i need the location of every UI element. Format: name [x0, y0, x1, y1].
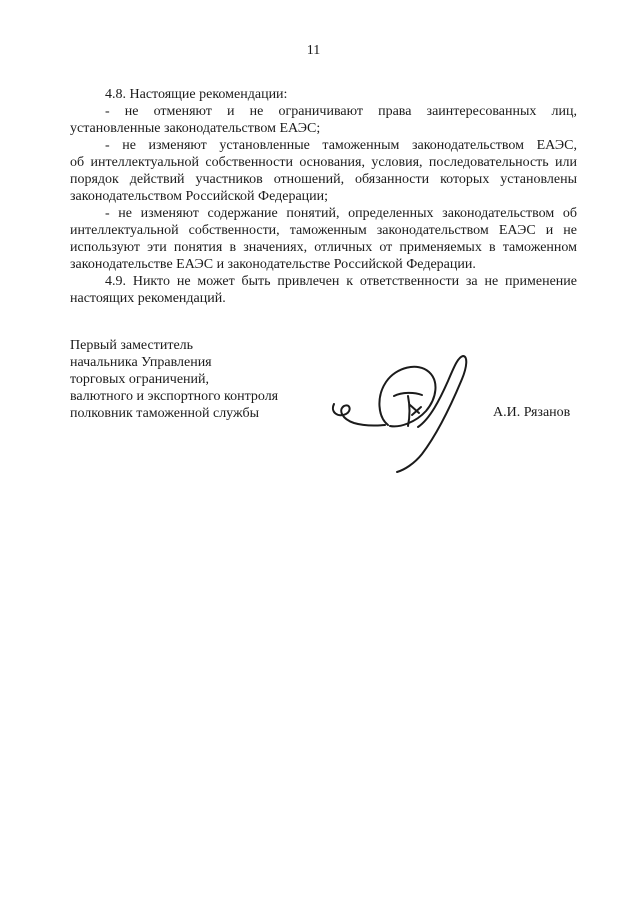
signatory-title-line: полковник таможенной службы: [70, 405, 278, 422]
text-line: законодательством Российской Федерации;: [70, 188, 577, 205]
handwritten-signature-icon: [328, 345, 480, 477]
signatory-titles: Первый заместительначальника Управленият…: [70, 337, 278, 422]
text-line: - не отменяют и не ограничивают права за…: [70, 103, 577, 120]
text-line: порядок действий участников отношений, о…: [70, 171, 577, 188]
text-line: 4.8. Настоящие рекомендации:: [70, 86, 577, 103]
text-line: - не изменяют установленные таможенным з…: [70, 137, 577, 154]
paragraph: - не изменяют установленные таможенным з…: [70, 137, 577, 205]
page-number: 11: [0, 42, 627, 59]
text-line: установленные законодательством ЕАЭС;: [70, 120, 577, 137]
paragraph: 4.9. Никто не может быть привлечен к отв…: [70, 273, 577, 307]
document-page: 11 4.8. Настоящие рекомендации:- не отме…: [0, 0, 640, 905]
text-line: настоящих рекомендаций.: [70, 290, 577, 307]
signatory-title-line: валютного и экспортного контроля: [70, 388, 278, 405]
text-line: интеллектуальной собственности, таможенн…: [70, 222, 577, 239]
text-line: законодательстве ЕАЭС и законодательстве…: [70, 256, 577, 273]
document-body: 4.8. Настоящие рекомендации:- не отменяю…: [70, 86, 577, 307]
text-line: используют эти понятия в значениях, отли…: [70, 239, 577, 256]
paragraph: - не изменяют содержание понятий, опреде…: [70, 205, 577, 273]
paragraph: - не отменяют и не ограничивают права за…: [70, 103, 577, 137]
text-line: об интеллектуальной собственности основа…: [70, 154, 577, 171]
signatory-title-line: Первый заместитель: [70, 337, 278, 354]
paragraph: 4.8. Настоящие рекомендации:: [70, 86, 577, 103]
text-line: 4.9. Никто не может быть привлечен к отв…: [70, 273, 577, 290]
signatory-title-line: торговых ограничений,: [70, 371, 278, 388]
signature-section: Первый заместительначальника Управленият…: [70, 337, 577, 497]
signatory-name: А.И. Рязанов: [493, 404, 570, 421]
text-line: - не изменяют содержание понятий, опреде…: [70, 205, 577, 222]
signatory-title-line: начальника Управления: [70, 354, 278, 371]
